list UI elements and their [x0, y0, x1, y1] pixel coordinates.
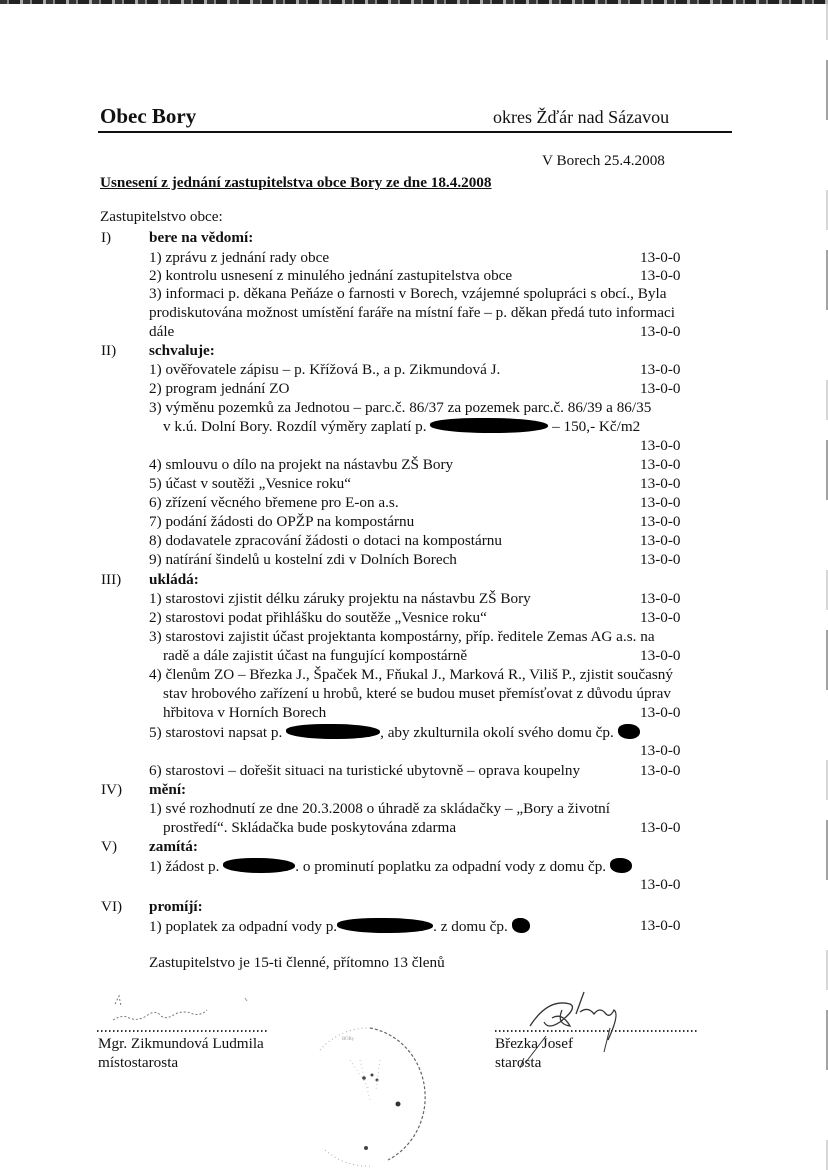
redacted-house-number — [512, 918, 530, 933]
signature-line-right — [495, 1030, 699, 1032]
list-item-continuation: prostředí“. Skládačka bude poskytována z… — [163, 820, 456, 835]
vote-result: 13-0-0 — [640, 552, 681, 567]
vote-result: 13-0-0 — [640, 362, 681, 377]
vote-result: 13-0-0 — [640, 610, 681, 625]
list-item: 9) natírání šindelů u kostelní zdi v Dol… — [149, 552, 457, 567]
list-item: 1) poplatek za odpadní vody p.. z domu č… — [149, 918, 530, 934]
list-item-continuation: prodiskutována možnost umístění faráře n… — [149, 305, 675, 320]
list-item: 6) starostovi – dořešit situaci na turis… — [149, 763, 580, 778]
list-item: 3) výměnu pozemků za Jednotou – parc.č. … — [149, 400, 651, 415]
vote-result: 13-0-0 — [640, 918, 681, 933]
redacted-name — [430, 418, 548, 433]
vote-result: 13-0-0 — [640, 476, 681, 491]
list-item: 3) starostovi zajistit účast projektanta… — [149, 629, 655, 644]
list-item-continuation: radě a dále zajistit účast na fungující … — [163, 648, 467, 663]
list-item: 1) své rozhodnutí ze dne 20.3.2008 o úhr… — [149, 801, 610, 816]
signatory-left-name: Mgr. Zikmundová Ludmila — [98, 1036, 264, 1051]
list-item: 1) ověřovatele zápisu – p. Křížová B., a… — [149, 362, 500, 377]
list-item: 5) starostovi napsat p. , aby zkulturnil… — [149, 724, 640, 740]
list-item: 8) dodavatele zpracování žádosti o dotac… — [149, 533, 502, 548]
signature-left-icon — [105, 992, 275, 1028]
signatory-right-name: Březka Josef — [495, 1036, 573, 1051]
vote-result: 13-0-0 — [640, 268, 681, 283]
item-text: 5) starostovi napsat p. — [149, 724, 282, 741]
scan-top-edge — [0, 0, 828, 4]
list-item: 3) informaci p. děkana Peňáze o farnosti… — [149, 286, 666, 301]
redacted-house-number — [618, 724, 640, 739]
redacted-name — [337, 918, 433, 933]
resolution-title: Usnesení z jednání zastupitelstva obce B… — [100, 175, 492, 190]
intro-text: Zastupitelstvo obce: — [100, 209, 223, 224]
vote-result: 13-0-0 — [640, 514, 681, 529]
redacted-name — [223, 858, 295, 873]
section-heading: schvaluje: — [149, 343, 215, 358]
list-item-continuation: stav hrobového zařízení u hrobů, které s… — [163, 686, 671, 701]
list-item: 2) kontrolu usnesení z minulého jednání … — [149, 268, 512, 283]
vote-result: 13-0-0 — [640, 743, 681, 758]
section-numeral: I) — [101, 230, 111, 245]
attendance-note: Zastupitelstvo je 15-ti členné, přítomno… — [149, 955, 445, 970]
vote-result: 13-0-0 — [640, 457, 681, 472]
vote-result: 13-0-0 — [640, 324, 681, 339]
list-item-continuation: v k.ú. Dolní Bory. Rozdíl výměry zaplatí… — [163, 418, 640, 434]
signatory-right-role: starosta — [495, 1055, 541, 1070]
list-item: 1) žádost p. . o prominutí poplatku za o… — [149, 858, 632, 874]
vote-result: 13-0-0 — [640, 820, 681, 835]
section-numeral: IV) — [101, 782, 122, 797]
vote-result: 13-0-0 — [640, 877, 681, 892]
list-item: 2) program jednání ZO — [149, 381, 289, 396]
list-item: 2) starostovi podat přihlášku do soutěže… — [149, 610, 487, 625]
redacted-name — [286, 724, 380, 739]
item-text: – 150,- Kč/m2 — [552, 418, 640, 435]
section-heading: ukládá: — [149, 572, 199, 587]
vote-result: 13-0-0 — [640, 495, 681, 510]
section-heading: zamítá: — [149, 839, 198, 854]
section-numeral: III) — [101, 572, 121, 587]
item-text: . z domu čp. — [433, 918, 508, 935]
vote-result: 13-0-0 — [640, 381, 681, 396]
vote-result: 13-0-0 — [640, 763, 681, 778]
list-item: 4) smlouvu o dílo na projekt na nástavbu… — [149, 457, 453, 472]
vote-result: 13-0-0 — [640, 250, 681, 265]
item-text: v k.ú. Dolní Bory. Rozdíl výměry zaplatí… — [163, 418, 427, 435]
redacted-house-number — [610, 858, 632, 873]
section-numeral: II) — [101, 343, 116, 358]
section-heading: bere na vědomí: — [149, 230, 253, 245]
section-heading: promíjí: — [149, 899, 203, 914]
list-item: 5) účast v soutěži „Vesnice roku“ — [149, 476, 351, 491]
list-item: 4) členům ZO – Březka J., Špaček M., Fňu… — [149, 667, 673, 682]
vote-result: 13-0-0 — [640, 438, 681, 453]
list-item: 1) starostovi zjistit délku záruky proje… — [149, 591, 531, 606]
list-item: 1) zprávu z jednání rady obce — [149, 250, 329, 265]
vote-result: 13-0-0 — [640, 591, 681, 606]
list-item-continuation: dále — [149, 324, 174, 339]
item-text: 1) žádost p. — [149, 858, 219, 875]
district-label: okres Žďár nad Sázavou — [493, 108, 669, 126]
section-heading: mění: — [149, 782, 186, 797]
list-item: 7) podání žádosti do OPŽP na kompostárnu — [149, 514, 414, 529]
place-date: V Borech 25.4.2008 — [542, 153, 665, 168]
list-item: 6) zřízení věcného břemene pro E-on a.s. — [149, 495, 399, 510]
item-text: . o prominutí poplatku za odpadní vody z… — [295, 858, 606, 875]
section-numeral: VI) — [101, 899, 122, 914]
section-numeral: V) — [101, 839, 117, 854]
svg-text:ᴮᴼᴿᵞ: ᴮᴼᴿᵞ — [342, 1035, 355, 1044]
signatory-left-role: místostarosta — [98, 1055, 178, 1070]
item-text: 1) poplatek za odpadní vody p. — [149, 918, 337, 935]
vote-result: 13-0-0 — [640, 705, 681, 720]
item-text: , aby zkulturnila okolí svého domu čp. — [380, 724, 614, 741]
vote-result: 13-0-0 — [640, 533, 681, 548]
official-stamp-icon: ᴮᴼᴿᵞ — [300, 1020, 440, 1170]
vote-result: 13-0-0 — [640, 648, 681, 663]
municipality-title: Obec Bory — [100, 106, 196, 127]
list-item-continuation: hřbitova v Horních Borech — [163, 705, 326, 720]
signature-line-left — [97, 1030, 269, 1032]
header-rule — [98, 131, 732, 133]
